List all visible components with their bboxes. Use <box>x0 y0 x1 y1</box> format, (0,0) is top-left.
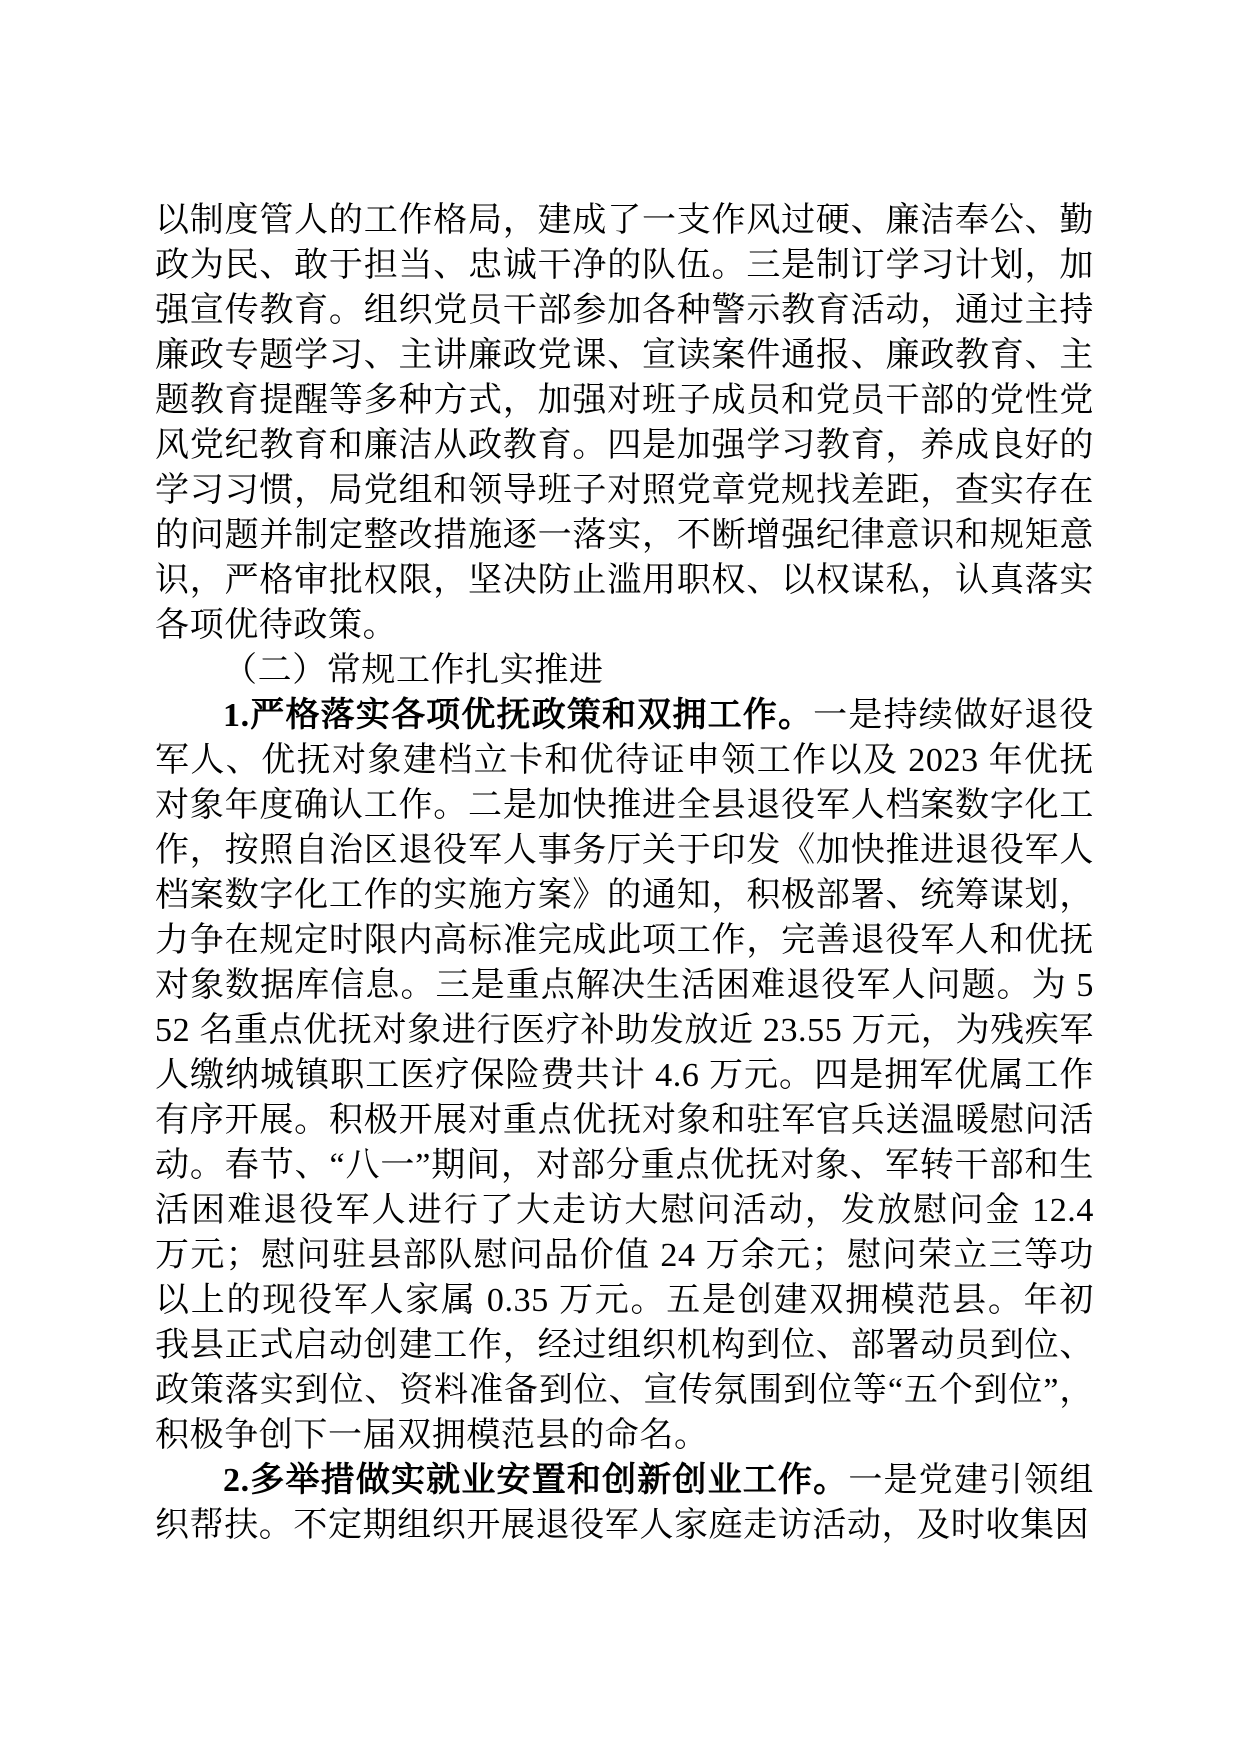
numbered-paragraph-1: 1.严格落实各项优抚政策和双拥工作。一是持续做好退役军人、优抚对象建档立卡和优待… <box>155 693 1094 1458</box>
numbered-paragraph-2: 2.多举措做实就业安置和创新创业工作。一是党建引领组织帮扶。不定期组织开展退役军… <box>155 1458 1094 1548</box>
numbered-paragraph-2-bold-lead: 2.多举措做实就业安置和创新创业工作。 <box>223 1462 848 1499</box>
numbered-paragraph-1-body: 一是持续做好退役军人、优抚对象建档立卡和优待证申领工作以及 2023 年优抚对象… <box>155 697 1094 1454</box>
numbered-paragraph-1-bold-lead: 1.严格落实各项优抚政策和双拥工作。 <box>223 697 813 734</box>
body-paragraph-continuation: 以制度管人的工作格局，建成了一支作风过硬、廉洁奉公、勤政为民、敢于担当、忠诚干净… <box>155 198 1094 648</box>
document-page: 以制度管人的工作格局，建成了一支作风过硬、廉洁奉公、勤政为民、敢于担当、忠诚干净… <box>0 0 1240 1754</box>
section-heading: （二）常规工作扎实推进 <box>155 648 1094 693</box>
